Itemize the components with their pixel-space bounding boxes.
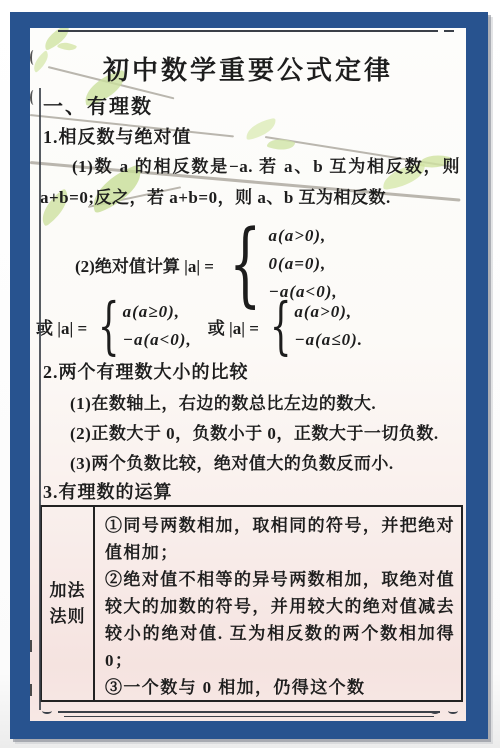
comparison-item: (3)两个负数比较，绝对值大的负数反而小. <box>40 449 460 479</box>
table-rule-item: ①同号两数相加，取相同的符号，并把绝对值相加； <box>105 512 455 566</box>
alt-formula-2: 或 |a| = { a(a>0), −a(a≤0). <box>208 295 363 357</box>
left-brace: { <box>98 295 120 357</box>
left-brace: { <box>270 295 292 357</box>
subsection-opposite-absolute-heading: 1.相反数与绝对值 <box>43 122 192 152</box>
formula-case: a(a≥0), <box>123 298 192 326</box>
formula-case: −a(a≤0). <box>294 326 363 354</box>
table-rules-cell: ①同号两数相加，取相同的符号，并把绝对值相加； ②绝对值不相等的异号两数相加，取… <box>95 507 461 700</box>
table-rule-item: ②绝对值不相等的异号两数相加，取绝对值较大的加数的符号，并用较大的绝对值减去较小… <box>105 566 455 674</box>
formula-cases: a(a≥0), −a(a<0), <box>123 298 192 354</box>
page-bottom-edge-line <box>58 711 440 713</box>
page-bottom-edge-line-2 <box>64 716 434 717</box>
formula-prefix: 或 |a| = <box>208 314 259 339</box>
alternative-absolute-value-formulas: 或 |a| = { a(a≥0), −a(a<0), 或 |a| = { a(a… <box>36 295 363 357</box>
page-left-edge-line <box>39 88 41 710</box>
formula-case: −a(a<0), <box>123 326 192 354</box>
formula-cases: a(a>0), −a(a≤0). <box>294 298 363 354</box>
formula-case: a(a>0), <box>294 298 363 326</box>
page-edge-mark <box>30 640 32 652</box>
formula-case: a(a>0), <box>269 222 338 250</box>
scanned-page: 初中数学重要公式定律 一、有理数 1.相反数与绝对值 (1)数 a 的相反数是−… <box>30 28 466 721</box>
comparison-item: (1)在数轴上，右边的数总比左边的数大. <box>40 389 460 419</box>
subsection-operations-heading: 3.有理数的运算 <box>43 477 173 507</box>
page-title: 初中数学重要公式定律 <box>30 54 466 86</box>
alt-formula-1: 或 |a| = { a(a≥0), −a(a<0), <box>36 295 192 357</box>
formula-case: 0(a=0), <box>269 250 338 278</box>
formula-prefix: (2)绝对值计算 |a| = <box>75 252 214 277</box>
table-rule-item: ③一个数与 0 相加，仍得这个数 <box>105 674 455 701</box>
table-row-label-cell: 加法法则 <box>42 507 95 700</box>
subsection-comparison-heading: 2.两个有理数大小的比较 <box>43 357 249 387</box>
page-edge-mark <box>30 90 37 105</box>
page-edge-mark <box>448 708 458 714</box>
opposite-number-paragraph: (1)数 a 的相反数是−a. 若 a、b 互为相反数，则 a+b=0;反之，若… <box>40 151 460 213</box>
page-top-edge-line <box>58 30 438 32</box>
comparison-item: (2)正数大于 0，负数小于 0，正数大于一切负数. <box>40 419 460 449</box>
page-edge-mark <box>30 684 32 696</box>
table-row-label: 加法法则 <box>49 578 87 630</box>
page-edge-mark <box>30 50 37 65</box>
formula-prefix: 或 |a| = <box>36 314 87 339</box>
section-heading-rational-numbers: 一、有理数 <box>43 92 153 122</box>
page-edge-mark <box>42 708 52 714</box>
page-edge-mark <box>430 708 440 714</box>
addition-rules-table: 加法法则 ①同号两数相加，取相同的符号，并把绝对值相加； ②绝对值不相等的异号两… <box>40 505 463 702</box>
page-top-edge-dash <box>444 30 454 32</box>
